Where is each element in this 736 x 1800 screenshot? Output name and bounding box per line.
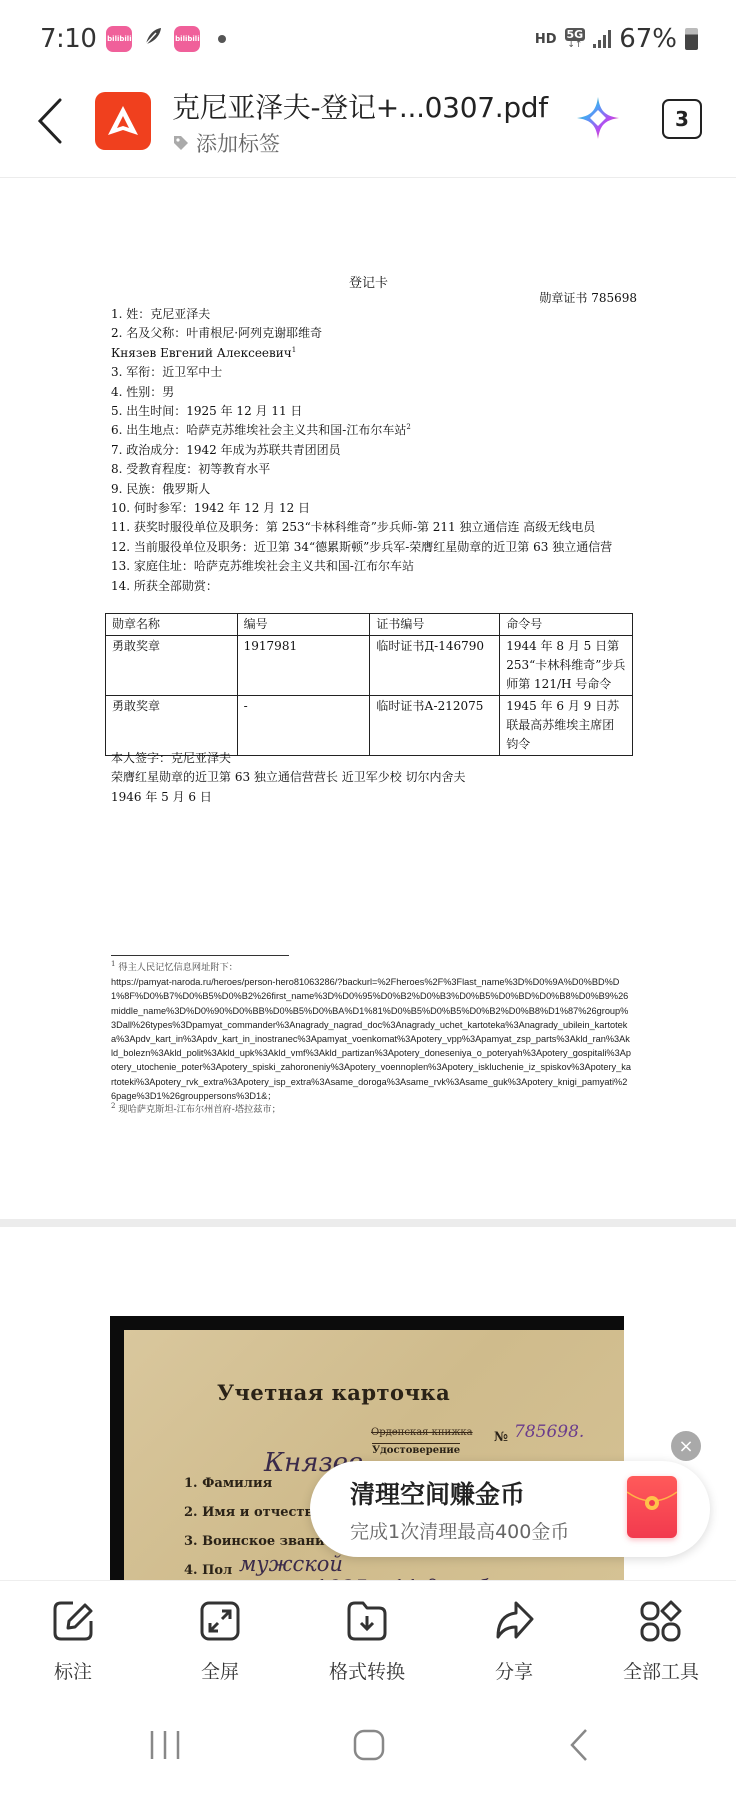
field-surname: 1. 姓：克尼亚泽夫: [111, 305, 631, 324]
table-header-row: 勋章名称 编号 证书编号 命令号: [106, 614, 633, 636]
table-header: 编号: [237, 614, 370, 636]
certificate-number: 勋章证书 785698: [539, 289, 637, 306]
scan-title: Учетная карточка: [217, 1380, 450, 1405]
field-rank: 3. 军衔：近卫军中士: [111, 363, 631, 382]
toolbar-fullscreen[interactable]: 全屏: [160, 1581, 280, 1691]
bottom-toolbar: 标注 全屏 格式转换 分享 全部工具: [0, 1580, 736, 1690]
battery-icon: [685, 28, 698, 50]
all-tools-icon: [639, 1599, 683, 1643]
battery-percent: 67%: [619, 24, 677, 54]
home-icon: [352, 1728, 386, 1762]
field-birth-date: 5. 出生时间：1925 年 12 月 11 日: [111, 402, 631, 421]
scan-row: 4. Пол: [184, 1563, 232, 1578]
toolbar-share[interactable]: 分享: [454, 1581, 574, 1691]
file-title: 克尼亚泽夫-登记+...0307.pdf: [172, 86, 548, 126]
table-cell: 1944 年 8 月 5 日第 253“卡林科维奇”步兵师第 121/Н 号命令: [500, 636, 633, 696]
app-logo: [95, 92, 151, 150]
recent-apps-button[interactable]: [148, 1728, 182, 1766]
page-divider: [0, 1219, 736, 1227]
table-cell: 勇敢奖章: [106, 636, 238, 696]
signature-block: 本人签字：克尼亚泽夫 荣膺红星勋章的近卫第 63 独立通信营营长 近卫军少校 切…: [111, 749, 466, 807]
promo-subtitle: 完成1次清理最高400金币: [350, 1517, 569, 1544]
field-gender: 4. 性别：男: [111, 383, 631, 402]
document-fields: 1. 姓：克尼亚泽夫 2. 名及父称：叶甫根尼·阿列克谢耶维奇 Князев Е…: [111, 305, 631, 596]
footnote-1-url[interactable]: https://pamyat-naroda.ru/heroes/person-h…: [111, 975, 631, 1103]
table-row: 勇敢奖章 - 临时证书А-212075 1945 年 6 月 9 日苏联最高苏维…: [106, 696, 633, 756]
footnotes: 1 得主人民记忆信息网址附下： https://pamyat-naroda.ru…: [111, 961, 631, 1117]
recent-apps-icon: [148, 1728, 182, 1762]
bilibili-icon: bilibili: [174, 26, 200, 52]
promo-title: 清理空间赚金币: [350, 1475, 525, 1511]
reader-logo-icon: [104, 102, 142, 140]
scan-book-struck: Орденская книжка: [371, 1427, 473, 1438]
table-cell: -: [237, 696, 370, 756]
footnote-2: 2 现哈萨克斯坦-江布尔州首府-塔拉兹市；: [111, 1103, 631, 1117]
scan-handwriting: мужской: [239, 1552, 343, 1576]
feather-icon: [142, 25, 164, 53]
field-education: 8. 受教育程度：初等教育水平: [111, 460, 631, 479]
back-button[interactable]: [32, 96, 68, 146]
signature-line: 本人签字：克尼亚泽夫: [111, 749, 466, 768]
convert-icon: [345, 1599, 389, 1643]
table-cell: 临时证书А-212075: [370, 696, 500, 756]
field-award-unit: 11. 获奖时服役单位及职务：第 253“卡林科维奇”步兵师-第 211 独立通…: [111, 518, 631, 537]
status-bar: 7:10 bilibili bilibili HD 5G ↓↑ 67%: [0, 0, 736, 78]
table-cell: 临时证书Д-146790: [370, 636, 500, 696]
field-name-russian: Князев Евгений Алексеевич1: [111, 344, 631, 363]
app-header: 克尼亚泽夫-登记+...0307.pdf 添加标签 3: [0, 78, 736, 178]
field-political: 7. 政治成分：1942 年成为苏联共青团团员: [111, 441, 631, 460]
table-cell: 1917981: [237, 636, 370, 696]
signature-date: 1946 年 5 月 6 日: [111, 788, 466, 807]
fullscreen-icon: [198, 1599, 242, 1643]
bilibili-icon: bilibili: [106, 26, 132, 52]
toolbar-all-tools[interactable]: 全部工具: [601, 1581, 721, 1691]
signal-icon: [593, 30, 611, 48]
pdf-page-1: 登记卡 勋章证书 785698 1. 姓：克尼亚泽夫 2. 名及父称：叶甫根尼·…: [0, 179, 736, 1219]
add-tag-button[interactable]: 添加标签: [172, 128, 280, 158]
status-time: 7:10: [40, 24, 96, 54]
annotate-icon: [51, 1599, 95, 1643]
hd-icon: HD: [535, 32, 557, 47]
field-birth-place: 6. 出生地点：哈萨克苏维埃社会主义共和国-江布尔车站2: [111, 421, 631, 440]
scan-no-value: 785698.: [514, 1422, 584, 1442]
table-header: 勋章名称: [106, 614, 238, 636]
field-address: 13. 家庭住址：哈萨克苏维埃社会主义共和国-江布尔车站: [111, 557, 631, 576]
scan-no-label: №: [494, 1430, 508, 1445]
footnote-1-label: 1 得主人民记忆信息网址附下：: [111, 961, 631, 975]
document-title: 登记卡: [349, 272, 388, 291]
scan-cert-label: Удостоверение: [372, 1443, 460, 1456]
home-button[interactable]: [352, 1728, 386, 1766]
scan-row: 2. Имя и отчество: [184, 1505, 322, 1520]
scan-row: 3. Воинское звание: [184, 1534, 333, 1549]
table-cell: 1945 年 6 月 9 日苏联最高苏维埃主席团钧令: [500, 696, 633, 756]
system-back-button[interactable]: [562, 1728, 596, 1766]
toolbar-convert[interactable]: 格式转换: [307, 1581, 427, 1691]
table-header: 证书编号: [370, 614, 500, 636]
footnote-divider: [111, 955, 289, 956]
network-5g-icon: 5G ↓↑: [565, 28, 586, 50]
dot-icon: [218, 35, 226, 43]
table-header: 命令号: [500, 614, 633, 636]
share-icon: [492, 1599, 536, 1643]
table-row: 勇敢奖章 1917981 临时证书Д-146790 1944 年 8 月 5 日…: [106, 636, 633, 696]
page-count-button[interactable]: 3: [662, 99, 702, 139]
commander-line: 荣膺红星勋章的近卫第 63 独立通信营营长 近卫军少校 切尔内舍夫: [111, 768, 466, 787]
toolbar-annotate[interactable]: 标注: [13, 1581, 133, 1691]
field-name: 2. 名及父称：叶甫根尼·阿列克谢耶维奇: [111, 324, 631, 343]
field-awards: 14. 所获全部勋赏：: [111, 577, 631, 596]
back-icon: [562, 1728, 596, 1762]
field-enlist-date: 10. 何时参军：1942 年 12 月 12 日: [111, 499, 631, 518]
field-current-unit: 12. 当前服役单位及职务：近卫第 34“德累斯顿”步兵军-荣膺红星勋章的近卫第…: [111, 538, 631, 557]
promo-close-button[interactable]: ×: [671, 1431, 701, 1461]
table-cell: 勇敢奖章: [106, 696, 238, 756]
awards-table: 勋章名称 编号 证书编号 命令号 勇敢奖章 1917981 临时证书Д-1467…: [105, 613, 633, 756]
system-nav-bar: [0, 1700, 736, 1800]
ai-assistant-icon[interactable]: [575, 95, 621, 141]
tag-icon: [172, 134, 190, 152]
scan-row: 1. Фамилия: [184, 1476, 272, 1491]
add-tag-label: 添加标签: [196, 128, 280, 158]
red-envelope-icon[interactable]: [627, 1476, 677, 1538]
field-ethnicity: 9. 民族：俄罗斯人: [111, 480, 631, 499]
